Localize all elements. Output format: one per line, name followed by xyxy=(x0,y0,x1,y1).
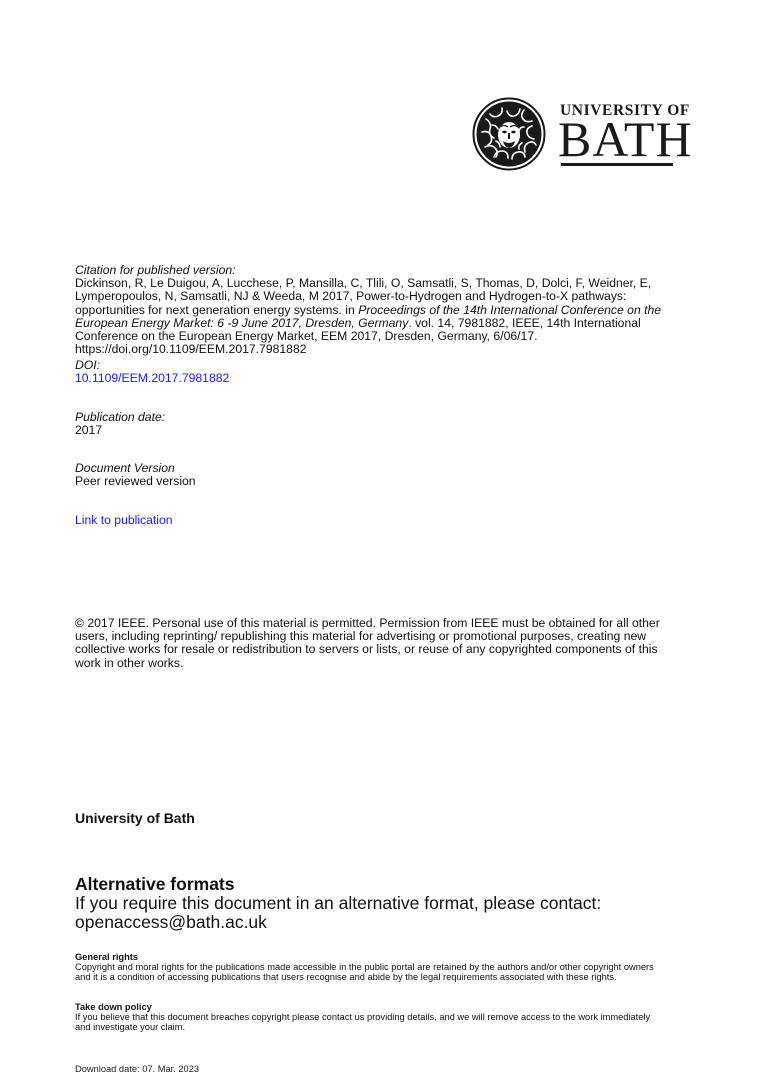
university-seal-icon xyxy=(472,97,546,171)
citation-line-3-plain: opportunities for next generation energy… xyxy=(75,303,358,317)
publication-date-value: 2017 xyxy=(75,424,715,437)
copyright-line-4: work in other works. xyxy=(75,657,715,670)
alternative-formats-title: Alternative formats xyxy=(75,875,235,894)
document-version-value: Peer reviewed version xyxy=(75,475,715,488)
publication-link-section: Link to publication xyxy=(75,514,715,527)
general-rights-title: General rights xyxy=(75,952,735,962)
general-rights-section: General rights Copyright and moral right… xyxy=(75,952,735,982)
citation-section: Citation for published version: Dickinso… xyxy=(75,264,715,356)
institution-name: University of Bath xyxy=(75,810,195,826)
doi-section: DOI: 10.1109/EEM.2017.7981882 xyxy=(75,359,715,385)
doi-link[interactable]: 10.1109/EEM.2017.7981882 xyxy=(75,372,715,385)
publication-date-label: Publication date: xyxy=(75,411,715,424)
take-down-policy-title: Take down policy xyxy=(75,1002,735,1012)
alternative-formats-email[interactable]: openaccess@bath.ac.uk xyxy=(75,913,601,932)
alternative-formats-body: If you require this document in an alter… xyxy=(75,894,601,932)
general-rights-line-1: Copyright and moral rights for the publi… xyxy=(75,962,735,972)
alternative-formats-text: If you require this document in an alter… xyxy=(75,894,601,913)
copyright-line-3: collective works for resale or redistrib… xyxy=(75,643,715,656)
document-version-section: Document Version Peer reviewed version xyxy=(75,462,715,488)
citation-line-6: https://doi.org/10.1109/EEM.2017.7981882 xyxy=(75,343,715,356)
take-down-policy-line-1: If you believe that this document breach… xyxy=(75,1012,735,1022)
copyright-notice: © 2017 IEEE. Personal use of this materi… xyxy=(75,617,715,670)
link-to-publication[interactable]: Link to publication xyxy=(75,514,715,527)
general-rights-line-2: and it is a condition of accessing publi… xyxy=(75,972,735,982)
take-down-policy-section: Take down policy If you believe that thi… xyxy=(75,1002,735,1032)
download-date: Download date: 07. Mar. 2023 xyxy=(75,1064,199,1074)
logo-underline xyxy=(561,163,673,166)
logo-bath: BATH xyxy=(558,114,693,164)
citation-line-3-italic: Proceedings of the 14th International Co… xyxy=(358,303,661,317)
publication-date-section: Publication date: 2017 xyxy=(75,411,715,437)
citation-line-4-italic: European Energy Market: 6 -9 June 2017, … xyxy=(75,316,408,330)
university-logo: UNIVERSITY OF BATH xyxy=(472,97,677,169)
citation-line-4-plain: . vol. 14, 7981882, IEEE, 14th Internati… xyxy=(408,316,640,330)
take-down-policy-line-2: and investigate your claim. xyxy=(75,1022,735,1032)
